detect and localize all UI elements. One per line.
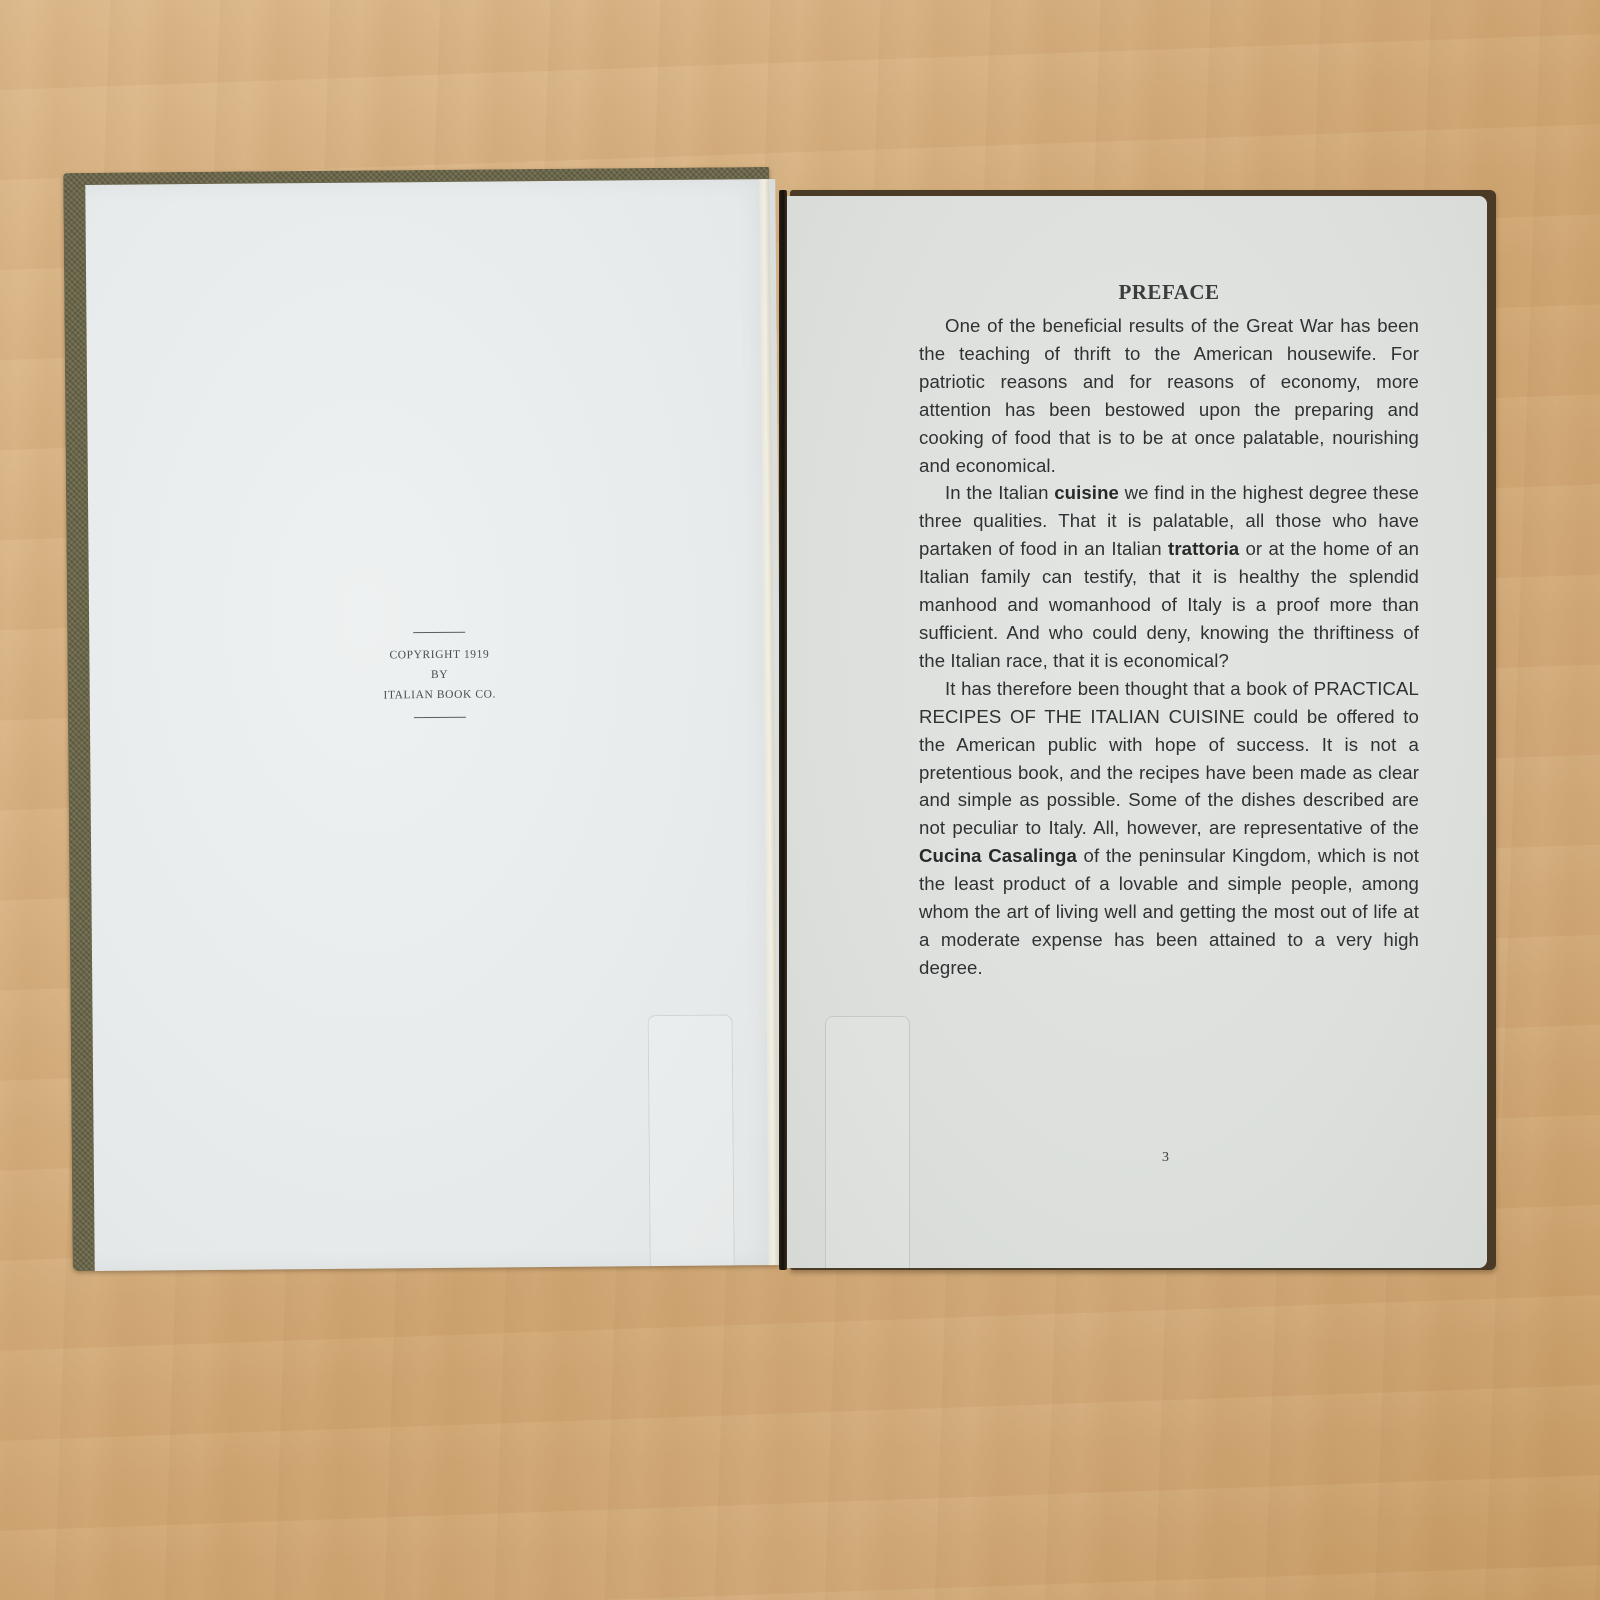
- emphasized-term: trattoria: [1168, 538, 1239, 559]
- preface-paragraph: One of the beneficial results of the Gre…: [919, 312, 1419, 479]
- tab-impression-mark: [825, 1016, 910, 1268]
- tab-impression-mark: [648, 1014, 735, 1266]
- preface-paragraph: It has therefore been thought that a boo…: [919, 675, 1419, 982]
- book-spine-gap: [779, 190, 787, 1270]
- paragraph-text: It has therefore been thought that a boo…: [919, 678, 1419, 839]
- page-number: 3: [1162, 1150, 1169, 1166]
- left-page-copyright: COPYRIGHT 1919 BY ITALIAN BOOK CO.: [85, 179, 784, 1271]
- paragraph-text: In the Italian: [945, 482, 1054, 503]
- emphasized-term: cuisine: [1054, 482, 1119, 503]
- copyright-line-3: ITALIAN BOOK CO.: [360, 684, 520, 705]
- right-page-preface: PREFACE One of the beneficial results of…: [787, 196, 1487, 1268]
- preface-section: PREFACE One of the beneficial results of…: [919, 280, 1419, 982]
- emphasized-term: Cucina Casalinga: [919, 845, 1077, 866]
- preface-title: PREFACE: [919, 280, 1419, 305]
- paragraph-text: One of the beneficial results of the Gre…: [919, 315, 1419, 476]
- copyright-notice: COPYRIGHT 1919 BY ITALIAN BOOK CO.: [359, 631, 520, 718]
- rule-bottom: [414, 717, 466, 718]
- rule-top: [413, 632, 465, 633]
- torn-page-edge: [759, 179, 778, 1265]
- copyright-line-2: BY: [359, 664, 519, 685]
- preface-paragraph: In the Italian cuisine we find in the hi…: [919, 479, 1419, 674]
- copyright-line-1: COPYRIGHT 1919: [359, 644, 519, 665]
